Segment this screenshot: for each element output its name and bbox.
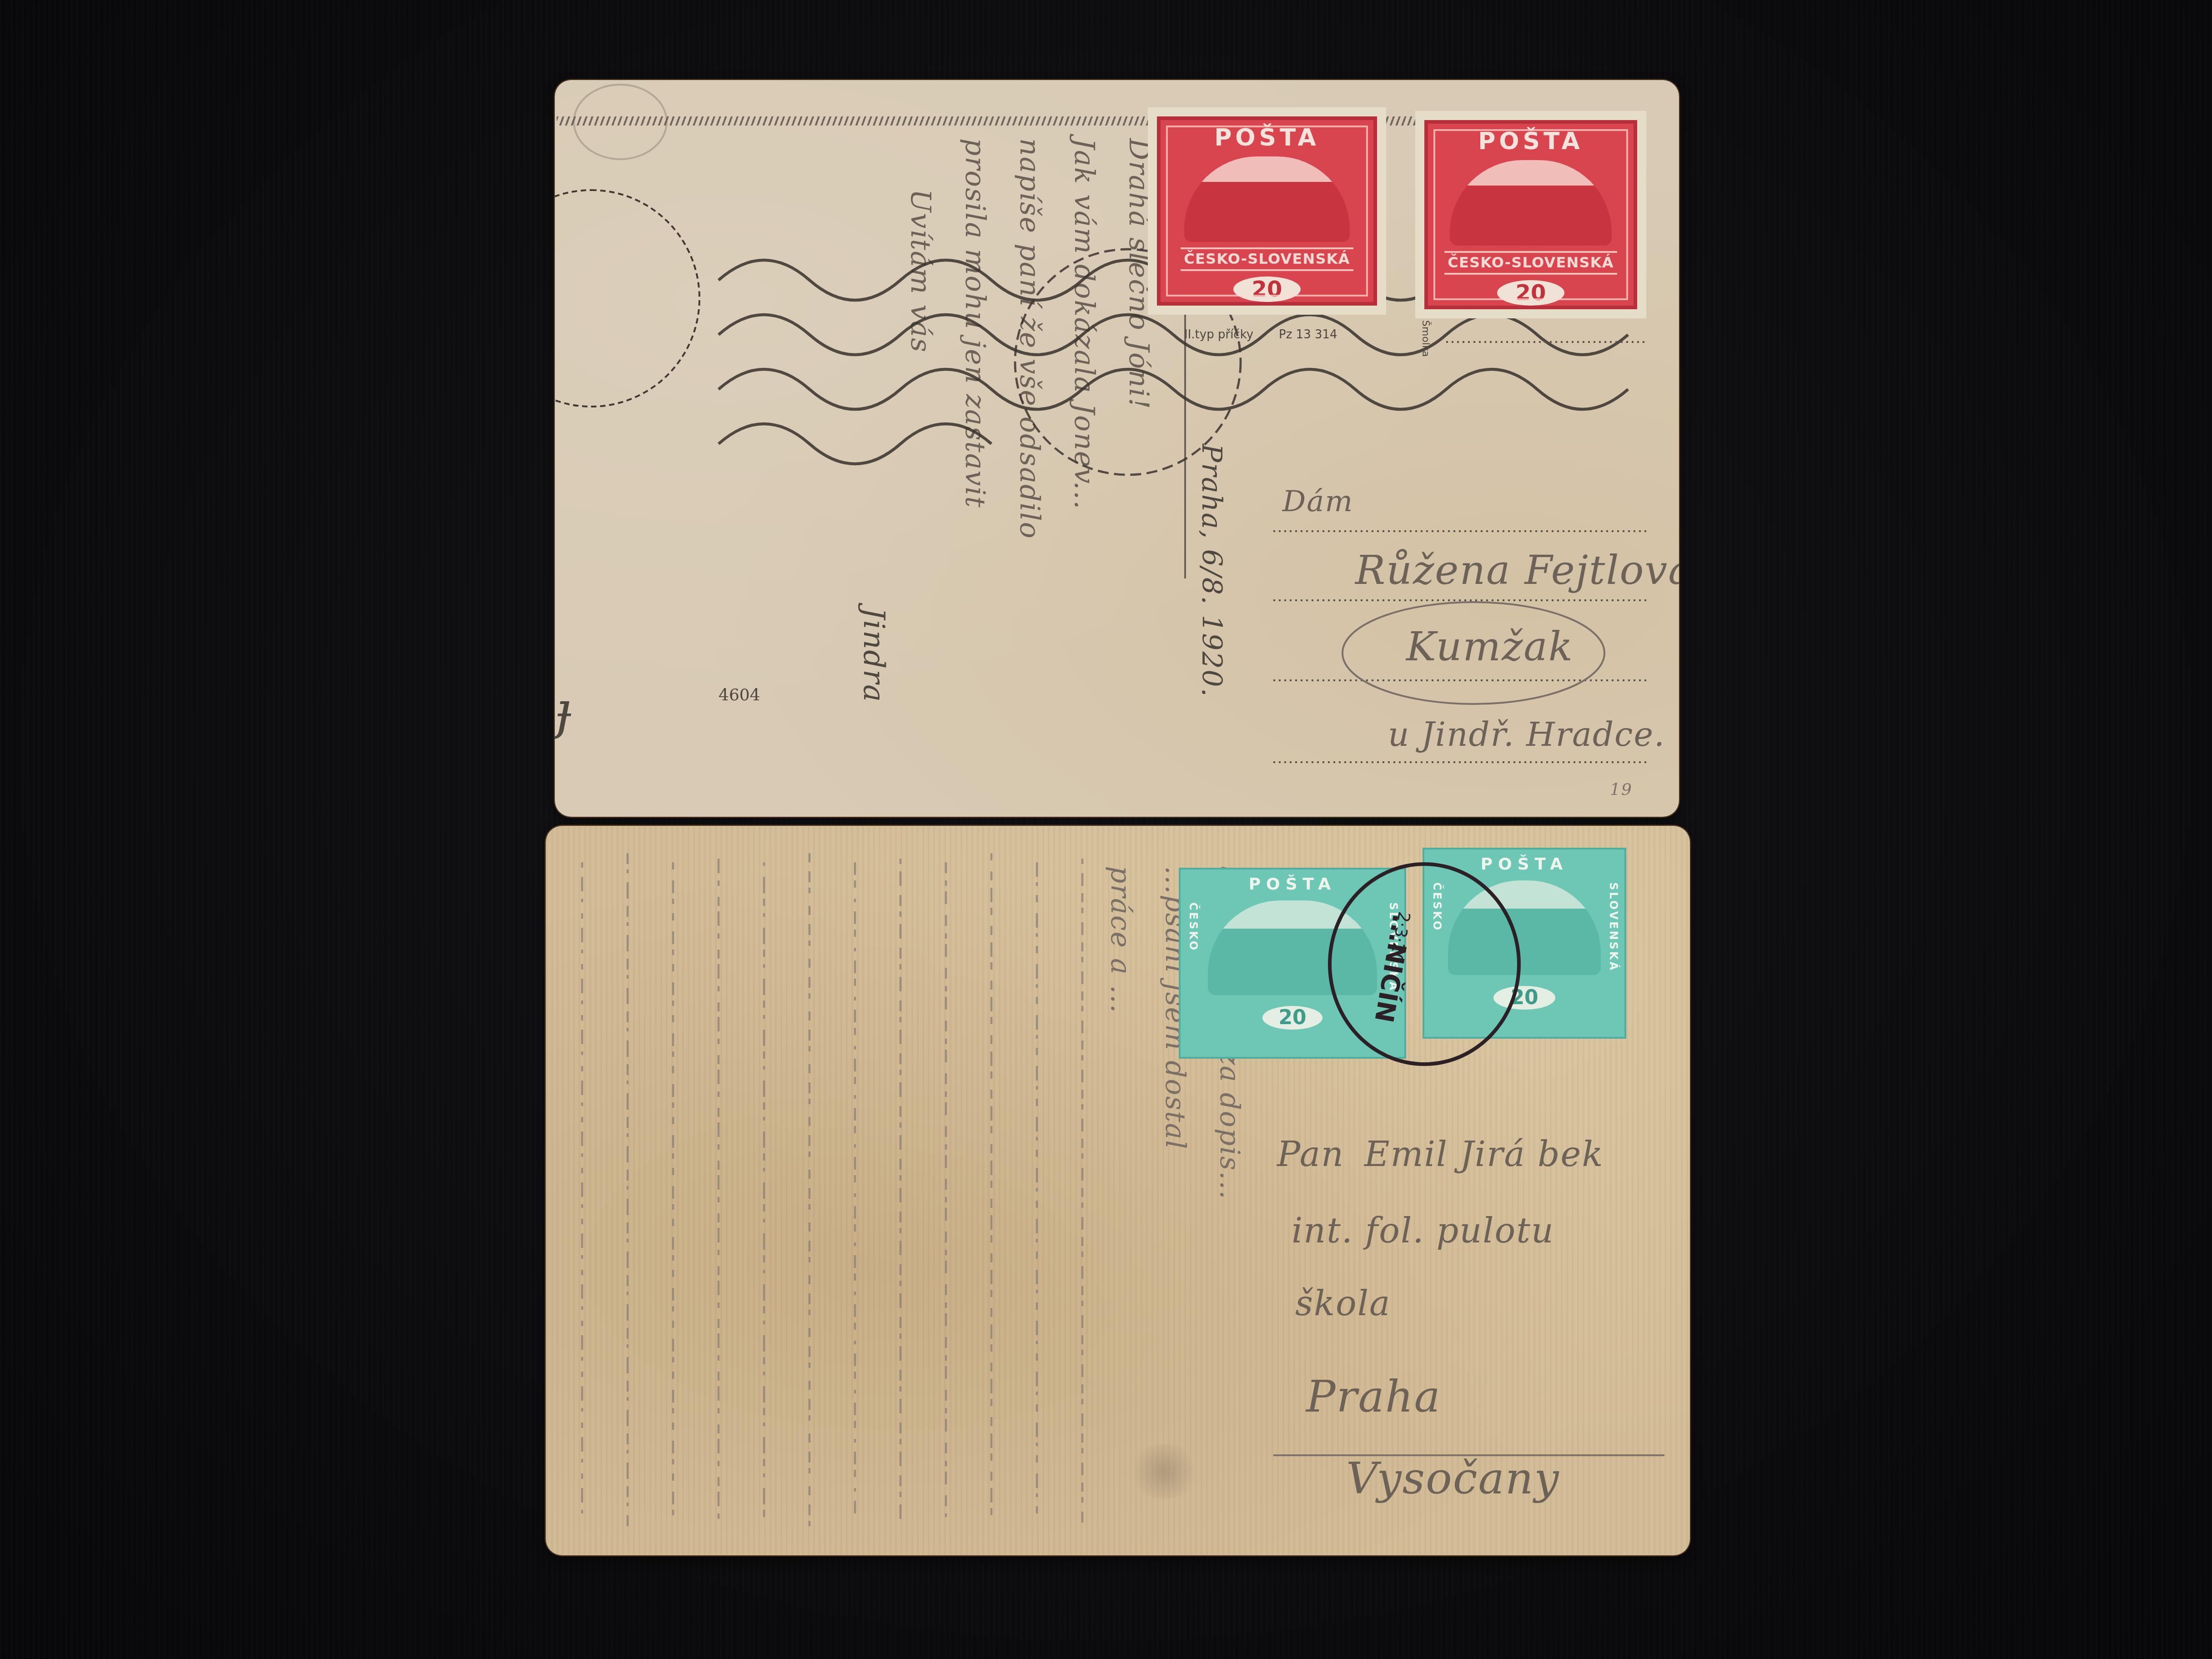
stamp-red-2: POŠTA ČESKO-SLOVENSKÁ 20: [1424, 120, 1637, 309]
address-salutation: Pan: [1277, 1135, 1344, 1175]
address-district: u Jindř. Hradce.: [1388, 717, 1665, 755]
address-salutation: Dám: [1282, 484, 1353, 518]
address-district: Vysočany: [1346, 1453, 1560, 1504]
stamp-header: POŠTA: [1481, 857, 1569, 875]
pencil-note: 19: [1610, 782, 1633, 800]
address-town: Kumžak: [1406, 626, 1574, 671]
address-line2: int. fol. pulotu: [1292, 1212, 1554, 1252]
address-name: Růžena Fejtlová,: [1355, 549, 1679, 595]
postcard-bottom: Srdečný dík za dopis... ...psaní jsem do…: [546, 826, 1690, 1555]
expertiser-signature-mark: Šmolka: [1419, 320, 1430, 357]
address-city: Praha: [1306, 1372, 1441, 1423]
postcard-top: Drahá slečno Jóni! Jak vám dokázala Jone…: [555, 80, 1679, 817]
expertise-note-plate: Pz 13 314: [1279, 327, 1337, 342]
stamp-red-1: POŠTA ČESKO-SLOVENSKÁ 20: [1157, 116, 1377, 306]
expertise-note-type: II.typ příčky: [1184, 327, 1253, 342]
round-postmark: ...NIČÍN 2·3·20: [1328, 862, 1521, 1066]
stamp-side-text: ČESKO: [1186, 902, 1199, 952]
paper-stain: [1128, 1444, 1201, 1499]
address-name: Emil Jirá bek: [1364, 1135, 1604, 1175]
stamp-header: POŠTA: [1249, 877, 1337, 895]
stamp-side-text: SLOVENSKÁ: [1606, 882, 1619, 972]
stamp-value: 20: [1262, 1006, 1322, 1030]
address-line3: škola: [1295, 1284, 1391, 1324]
photo-stage: Drahá slečno Jóni! Jak vám dokázala Jone…: [0, 0, 2212, 1659]
